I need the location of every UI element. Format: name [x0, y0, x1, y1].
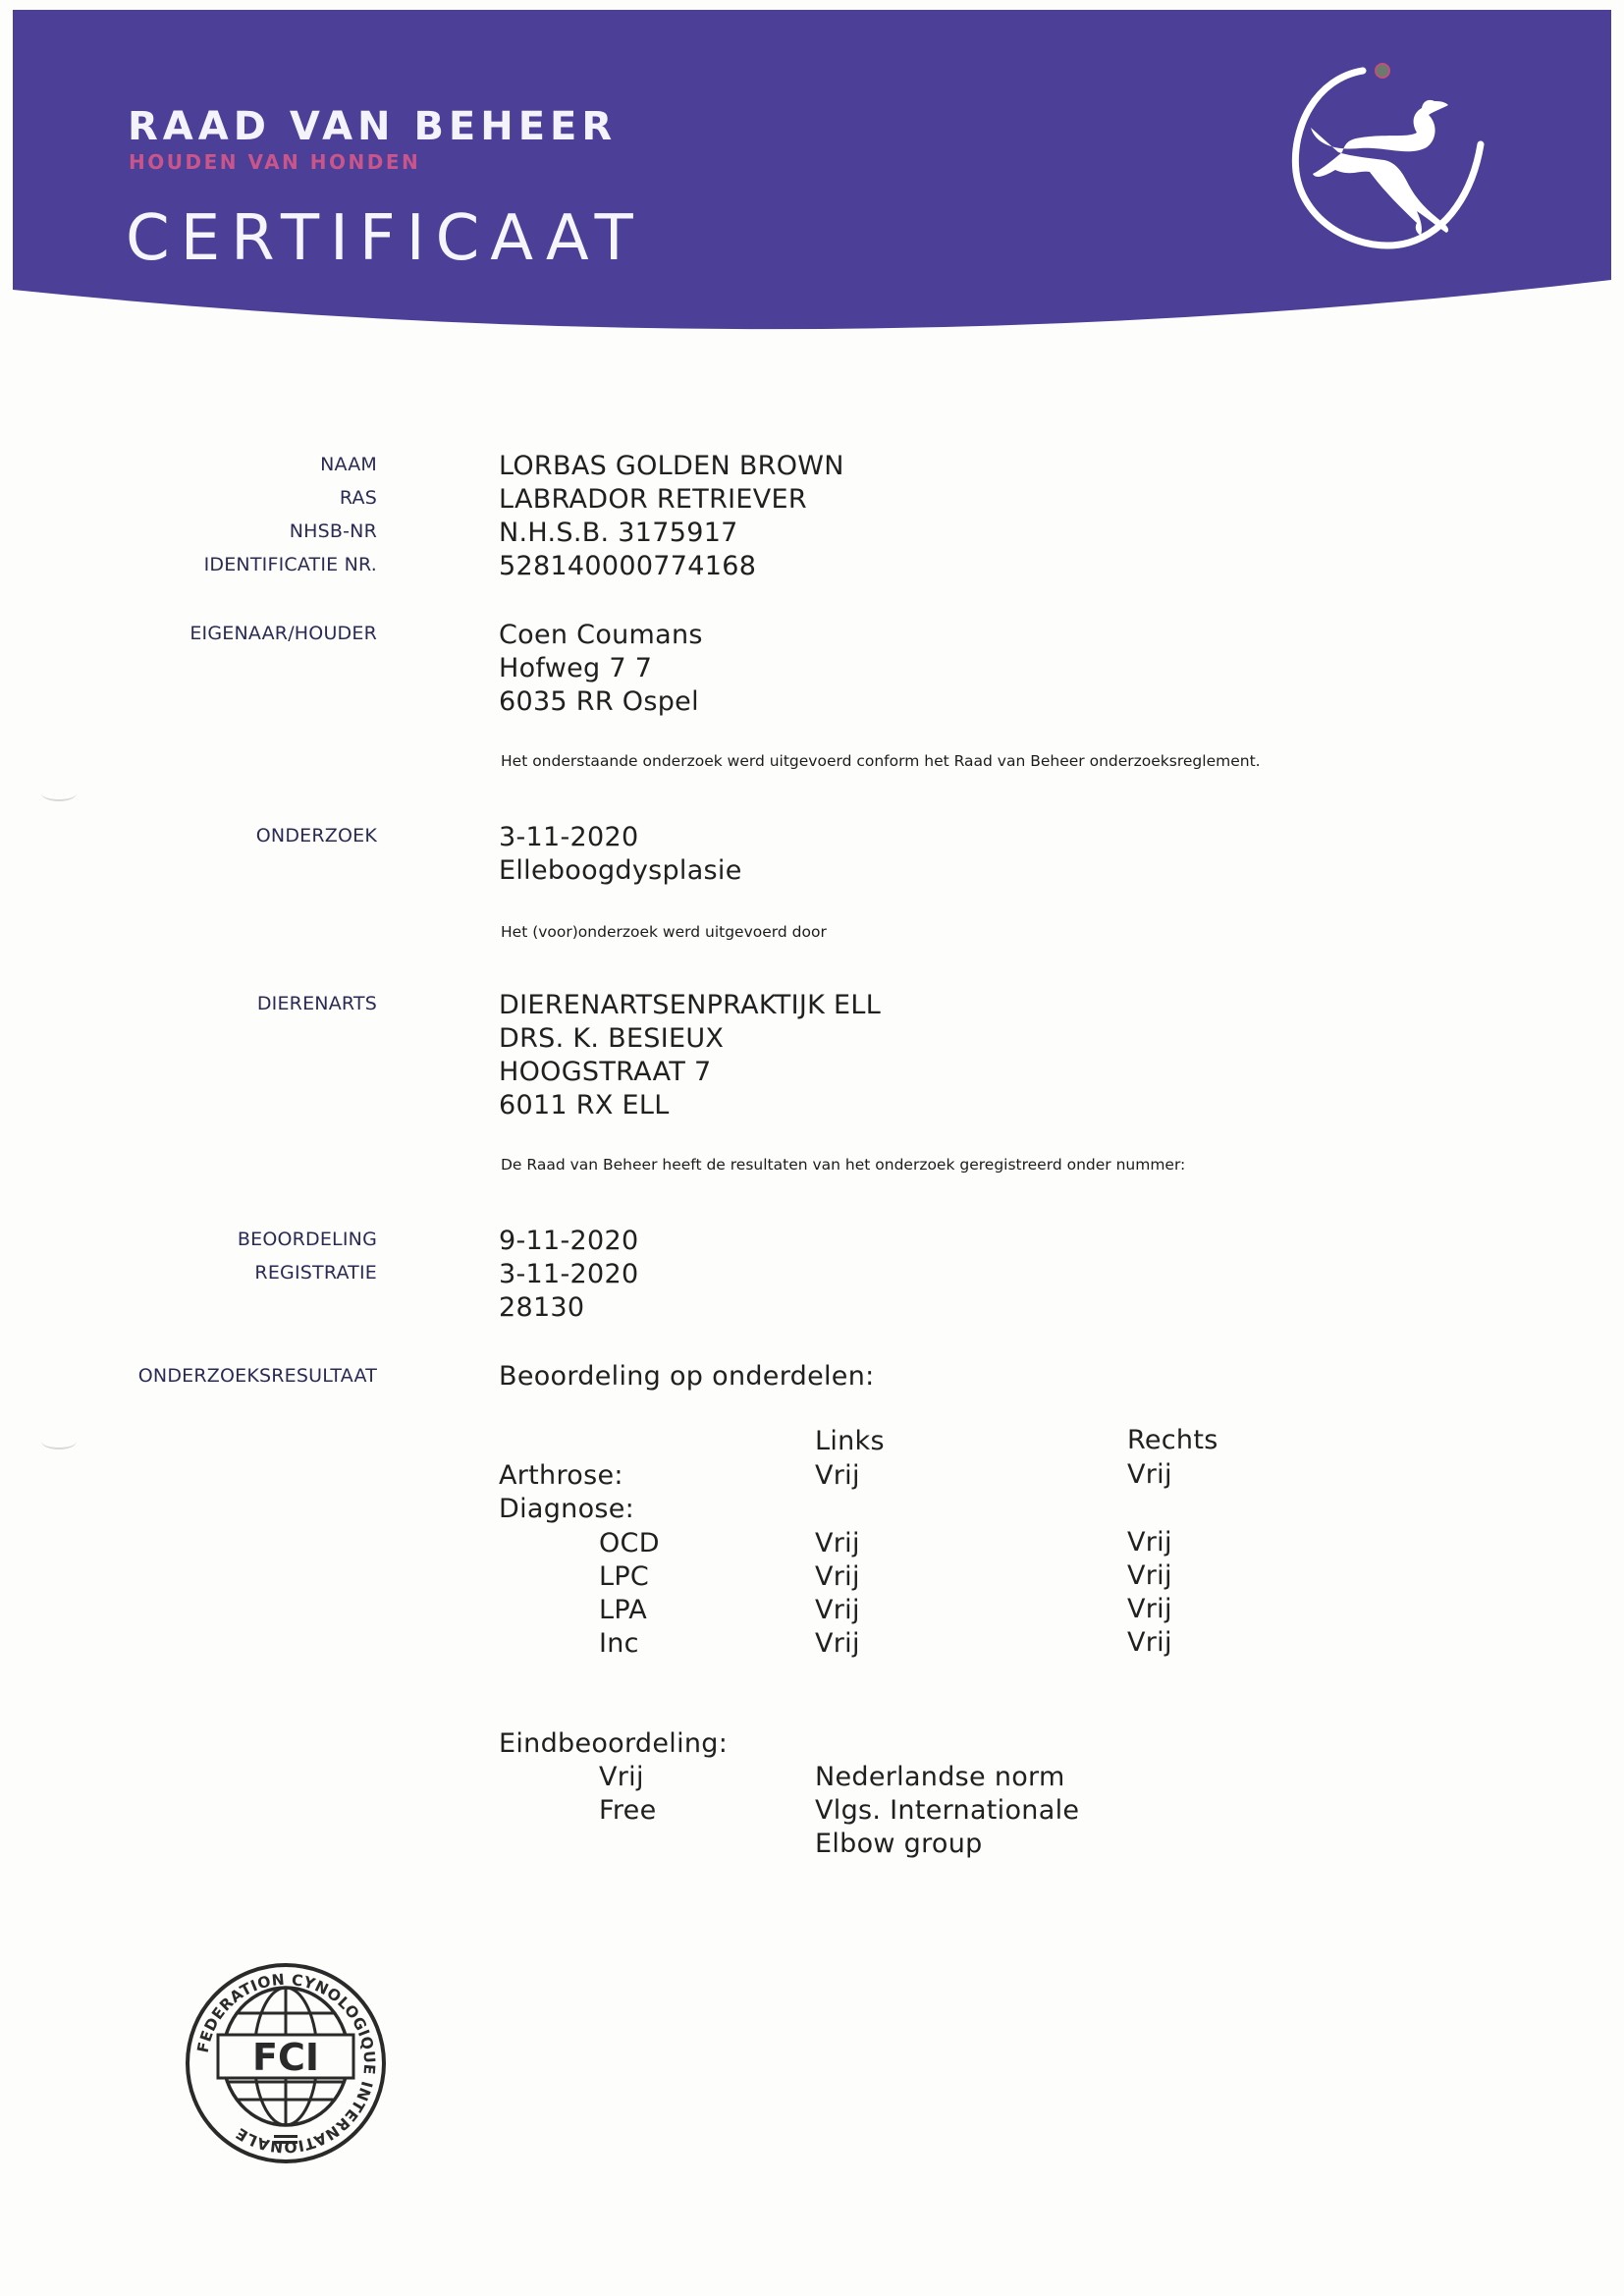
result-heading: Beoordeling op onderdelen:: [499, 1361, 875, 1392]
diagnosis-left: Vrij: [815, 1595, 860, 1625]
vet-city: 6011 RX ELL: [499, 1090, 670, 1121]
diagnosis-name: OCD: [599, 1528, 660, 1558]
dog-name: LORBAS GOLDEN BROWN: [499, 451, 844, 481]
registered-note: De Raad van Beheer heeft de resultaten v…: [501, 1156, 1185, 1174]
diagnosis-label: Diagnose:: [499, 1494, 634, 1524]
performed-by-note: Het (voor)onderzoek werd uitgevoerd door: [501, 923, 827, 941]
registration-date: 3-11-2020: [499, 1259, 638, 1289]
final-value-nl: Vrij: [599, 1762, 644, 1792]
vet-name: DRS. K. BESIEUX: [499, 1023, 724, 1054]
label-examination: ONDERZOEK: [256, 825, 377, 847]
scan-mark: [41, 1434, 77, 1449]
fci-seal-icon: FCI FEDERATION CYNOLOGIQUE INTERNATIONAL…: [185, 1962, 387, 2164]
column-header-right: Rechts: [1127, 1425, 1218, 1455]
diagnosis-left: Vrij: [815, 1628, 860, 1659]
final-norm-3: Elbow group: [815, 1829, 983, 1859]
label-owner: EIGENAAR/HOUDER: [189, 623, 377, 644]
diagnosis-name: LPC: [599, 1561, 649, 1592]
dog-nhsb: N.H.S.B. 3175917: [499, 518, 738, 548]
assessment-date: 9-11-2020: [499, 1226, 638, 1256]
diagnosis-name: Inc: [599, 1628, 639, 1659]
label-registration: REGISTRATIE: [254, 1262, 377, 1284]
registration-number: 28130: [499, 1292, 584, 1323]
owner-city: 6035 RR Ospel: [499, 686, 699, 717]
label-vet: DIERENARTS: [257, 993, 377, 1014]
owner-street: Hofweg 7 7: [499, 653, 652, 683]
label-nhsb: NHSB-NR: [290, 520, 377, 542]
regulation-note: Het onderstaande onderzoek werd uitgevoe…: [501, 752, 1261, 770]
diagnosis-right: Vrij: [1127, 1527, 1172, 1558]
page-title: CERTIFICAAT: [126, 202, 644, 275]
seal-center-text: FCI: [252, 2036, 319, 2079]
examination-date: 3-11-2020: [499, 822, 638, 852]
diagnosis-left: Vrij: [815, 1528, 860, 1558]
diagnosis-name: LPA: [599, 1595, 647, 1625]
organization-name: RAAD VAN BEHEER: [128, 104, 617, 149]
label-breed: RAS: [340, 487, 377, 509]
diagnosis-right: Vrij: [1127, 1627, 1172, 1658]
examination-type: Elleboogdysplasie: [499, 855, 742, 886]
vet-practice: DIERENARTSENPRAKTIJK ELL: [499, 990, 881, 1020]
diagnosis-right: Vrij: [1127, 1560, 1172, 1591]
arthrose-right: Vrij: [1127, 1459, 1172, 1490]
label-result: ONDERZOEKSRESULTAAT: [138, 1365, 377, 1387]
leaping-dog-logo-icon: [1291, 54, 1517, 260]
arthrose-label: Arthrose:: [499, 1460, 623, 1491]
label-assessment: BEOORDELING: [238, 1229, 377, 1250]
final-norm-1: Nederlandse norm: [815, 1762, 1065, 1792]
scan-mark: [41, 786, 77, 801]
diagnosis-left: Vrij: [815, 1561, 860, 1592]
dog-id: 528140000774168: [499, 551, 756, 581]
organization-tagline: HOUDEN VAN HONDEN: [129, 150, 420, 174]
label-name: NAAM: [320, 454, 377, 475]
arthrose-left: Vrij: [815, 1460, 860, 1491]
vet-street: HOOGSTRAAT 7: [499, 1057, 711, 1087]
column-header-left: Links: [815, 1426, 885, 1456]
final-norm-2: Vlgs. Internationale: [815, 1795, 1079, 1826]
diagnosis-right: Vrij: [1127, 1594, 1172, 1624]
dog-breed: LABRADOR RETRIEVER: [499, 484, 807, 515]
label-id: IDENTIFICATIE NR.: [204, 554, 377, 575]
final-label: Eindbeoordeling:: [499, 1728, 728, 1759]
owner-name: Coen Coumans: [499, 620, 703, 650]
final-value-en: Free: [599, 1795, 657, 1826]
